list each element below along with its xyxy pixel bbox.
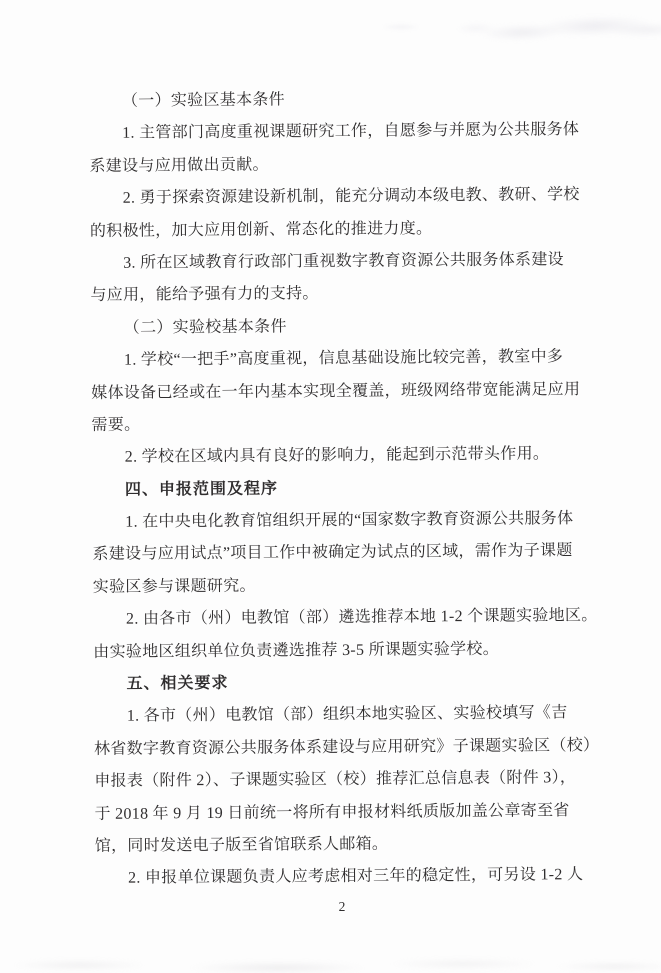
section-heading: （二）实验校基本条件 bbox=[91, 309, 585, 345]
paragraph-line: 2. 勇于探索资源建设新机制，能充分调动本级电教、教研、学校 bbox=[90, 179, 584, 215]
paragraph-line: 实验区参与课题研究。 bbox=[93, 568, 587, 604]
document-page: （一）实验区基本条件 1. 主管部门高度重视课题研究工作，自愿参与并愿为公共服务… bbox=[0, 0, 661, 973]
paragraph-line: 1. 主管部门高度重视课题研究工作，自愿参与并愿为公共服务体 bbox=[89, 114, 583, 150]
paragraph-line: 系建设与应用做出贡献。 bbox=[89, 147, 583, 183]
paragraph-line: 与应用，能给予强有力的支持。 bbox=[90, 276, 584, 312]
paragraph-line: 由实验地区组织单位负责遴选推荐 3-5 所课题实验学校。 bbox=[93, 633, 587, 669]
paragraph-line: 1. 学校“一把手”高度重视，信息基础设施比较完善，教室中多 bbox=[91, 341, 585, 377]
paragraph-line: 1. 在中央电化教育馆组织开展的“国家数字教育资源公共服务体 bbox=[92, 503, 586, 539]
paragraph-line: 1. 各市（州）电教馆（部）组织本地实验区、实验校填写《吉 bbox=[94, 697, 588, 733]
paragraph-line: 的积极性，加大应用创新、常态化的推进力度。 bbox=[90, 212, 584, 248]
paragraph-line: 于 2018 年 9 月 19 日前统一将所有申报材料纸质版加盖公章寄至省 bbox=[94, 795, 588, 831]
paragraph-line: 媒体设备已经或在一年内基本实现全覆盖，班级网络带宽能满足应用 bbox=[91, 374, 585, 410]
section-heading: （一）实验区基本条件 bbox=[89, 82, 583, 118]
paragraph-line: 申报表（附件 2）、子课题实验区（校）推荐汇总信息表（附件 3）， bbox=[94, 762, 588, 798]
paragraph-line: 林省数字教育资源公共服务体系建设与应用研究》子课题实验区（校） bbox=[94, 730, 588, 766]
scan-smudge-bottom bbox=[0, 947, 661, 973]
paragraph-line: 2. 由各市（州）电教馆（部）遴选推荐本地 1-2 个课题实验地区。 bbox=[93, 600, 587, 636]
chapter-heading: 四、申报范围及程序 bbox=[92, 471, 586, 507]
paragraph-line: 3. 所在区域教育行政部门重视数字教育资源公共服务体系建设 bbox=[90, 244, 584, 280]
paragraph-line: 2. 学校在区域内具有良好的影响力，能起到示范带头作用。 bbox=[92, 438, 586, 474]
paragraph-line: 2. 申报单位课题负责人应考虑相对三年的稳定性，可另设 1-2 人 bbox=[95, 859, 589, 895]
scan-smudge-top-right bbox=[458, 6, 661, 51]
paragraph-line: 需要。 bbox=[91, 406, 585, 442]
chapter-heading: 五、相关要求 bbox=[93, 665, 587, 701]
page-number: 2 bbox=[330, 899, 354, 915]
paragraph-line: 馆，同时发送电子版至省馆联系人邮箱。 bbox=[95, 827, 589, 863]
scan-smudge-dot bbox=[371, 22, 431, 32]
paragraph-line: 系建设与应用试点”项目工作中被确定为试点的区域，需作为子课题 bbox=[92, 536, 586, 572]
document-body: （一）实验区基本条件 1. 主管部门高度重视课题研究工作，自愿参与并愿为公共服务… bbox=[89, 82, 589, 896]
